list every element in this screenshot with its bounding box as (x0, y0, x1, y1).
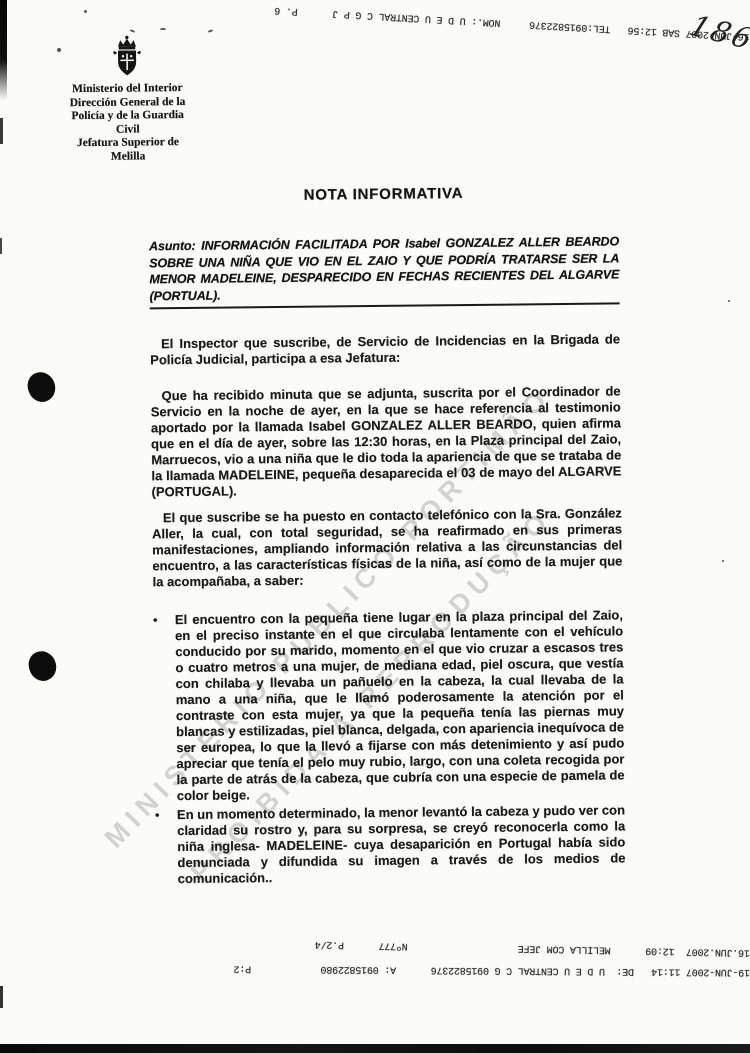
bullet-icon: • (155, 807, 178, 887)
scan-artifact (0, 986, 3, 1008)
bullet-icon: • (153, 612, 177, 804)
body-paragraph: El Inspector que suscribe, de Servicio d… (150, 331, 620, 368)
subject-paragraph: Asunto: INFORMACIÓN FACILITADA POR Isabe… (149, 233, 620, 309)
body-paragraph: Que ha recibido minuta que se adjunta, s… (151, 383, 622, 500)
letterhead: Ministerio del Interior Dirección Genera… (31, 34, 224, 165)
document-title: NOTA INFORMATIVA (148, 183, 618, 205)
document-page: MINISTÉRIO PÚBLICO PORTIMÃO PROIBIDA A R… (0, 0, 750, 1053)
body-paragraph: El que suscribe se ha puesto en contacto… (152, 505, 623, 590)
coat-of-arms-icon (112, 34, 142, 78)
bullet-text: En un momento determinado, la menor leva… (177, 802, 626, 887)
letterhead-line: Melilla (32, 149, 224, 165)
bullet-item: • El encuentro con la pequeña tiene luga… (153, 607, 625, 804)
bullet-list: • El encuentro con la pequeña tiene luga… (153, 607, 626, 890)
bullet-text: El encuentro con la pequeña tiene lugar … (175, 607, 625, 804)
bullet-item: • En un momento determinado, la menor le… (155, 802, 626, 887)
document-content: Ministerio del Interior Dirección Genera… (0, 0, 750, 1053)
